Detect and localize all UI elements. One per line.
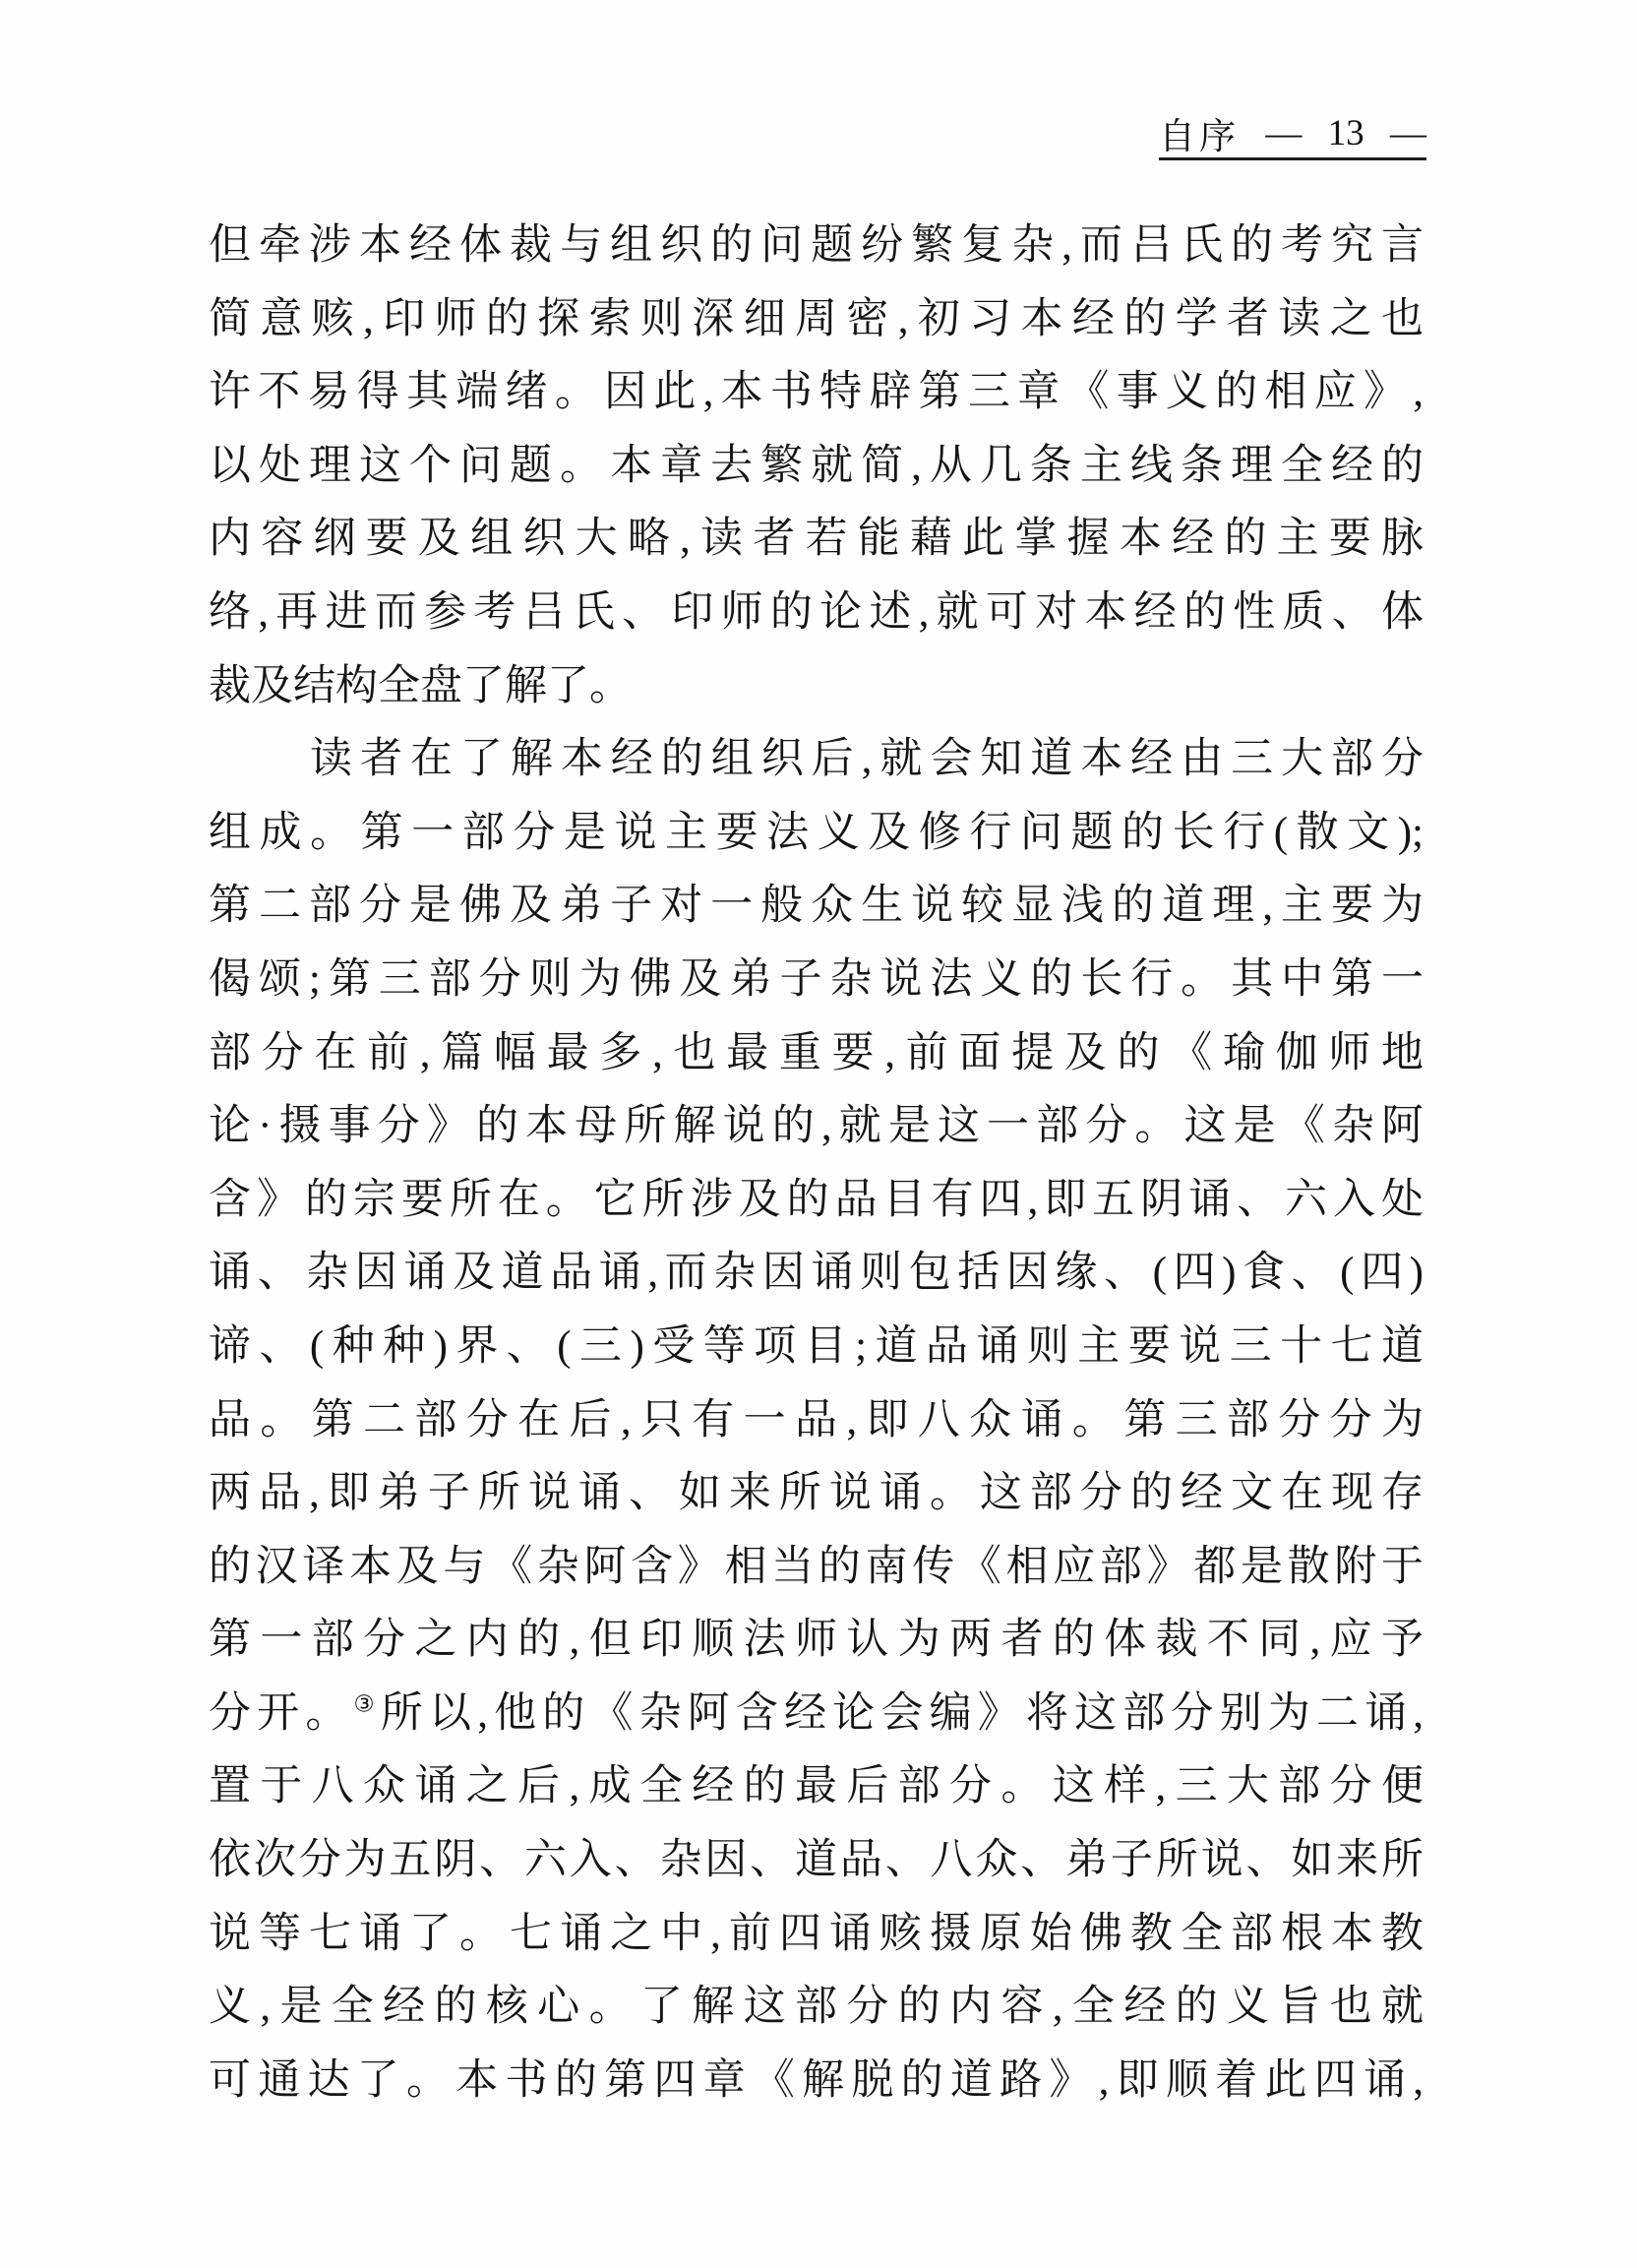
text-column: 但牵涉本经体裁与组织的问题纷繁复杂,而吕氏的考究言 简意赅,印师的探索则深细周密… <box>209 210 1424 2117</box>
text-line: 但牵涉本经体裁与组织的问题纷繁复杂,而吕氏的考究言 <box>209 210 1424 283</box>
text-line: 第一部分之内的,但印顺法师认为两者的体裁不同,应予 <box>209 1604 1424 1678</box>
text-line: 部分在前,篇幅最多,也最重要,前面提及的《瑜伽师地 <box>209 1017 1424 1091</box>
text-line: 置于八众诵之后,成全经的最后部分。这样,三大部分便 <box>209 1750 1424 1824</box>
text-line: 读者在了解本经的组织后,就会知道本经由三大部分 <box>209 723 1424 797</box>
text-line: 第二部分是佛及弟子对一般众生说较显浅的道理,主要为 <box>209 870 1424 944</box>
page-number: 13 <box>1328 112 1364 154</box>
text-line: 简意赅,印师的探索则深细周密,初习本经的学者读之也 <box>209 283 1424 357</box>
text-line: 组成。第一部分是说主要法义及修行问题的长行(散文); <box>209 797 1424 871</box>
section-title: 自序 <box>1159 106 1240 159</box>
text-line: 诵、杂因诵及道品诵,而杂因诵则包括因缘、(四)食、(四) <box>209 1237 1424 1311</box>
text-line: 内容纲要及组织大略,读者若能藉此掌握本经的主要脉 <box>209 503 1424 577</box>
text-line: 义,是全经的核心。了解这部分的内容,全经的义旨也就 <box>209 1971 1424 2045</box>
text-line: 许不易得其端绪。因此,本书特辟第三章《事义的相应》, <box>209 356 1424 430</box>
text-line: 含》的宗要所在。它所涉及的品目有四,即五阴诵、六入处 <box>209 1164 1424 1238</box>
header-dash-right: — <box>1390 112 1426 154</box>
text-line: 裁及结构全盘了解了。 <box>209 650 1424 724</box>
header-dash-left: — <box>1265 112 1302 154</box>
text-line: 可通达了。本书的第四章《解脱的道路》,即顺着此四诵, <box>209 2045 1424 2118</box>
text-line: 论·摄事分》的本母所解说的,就是这一部分。这是《杂阿 <box>209 1090 1424 1164</box>
text-line: 分开。③所以,他的《杂阿含经论会编》将这部分别为二诵, <box>209 1678 1424 1751</box>
text-line: 络,再进而参考吕氏、印师的论述,就可对本经的性质、体 <box>209 577 1424 650</box>
text-line: 两品,即弟子所说诵、如来所说诵。这部分的经文在现存 <box>209 1457 1424 1531</box>
text-line: 说等七诵了。七诵之中,前四诵赅摄原始佛教全部根本教 <box>209 1898 1424 1972</box>
text-line: 的汉译本及与《杂阿含》相当的南传《相应部》都是散附于 <box>209 1531 1424 1605</box>
footnote-marker: ③ <box>354 1692 381 1718</box>
text-line: 以处理这个问题。本章去繁就简,从几条主线条理全经的 <box>209 430 1424 504</box>
page-header: 自序 — 13 — <box>1159 108 1426 160</box>
text-line: 偈颂;第三部分则为佛及弟子杂说法义的长行。其中第一 <box>209 944 1424 1017</box>
text-line: 品。第二部分在后,只有一品,即八众诵。第三部分分为 <box>209 1384 1424 1458</box>
scanned-book-page: 自序 — 13 — 但牵涉本经体裁与组织的问题纷繁复杂,而吕氏的考究言 简意赅,… <box>0 0 1637 2268</box>
text-line: 谛、(种种)界、(三)受等项目;道品诵则主要说三十七道 <box>209 1311 1424 1384</box>
text-line: 依次分为五阴、六入、杂因、道品、八众、弟子所说、如来所 <box>209 1824 1424 1898</box>
